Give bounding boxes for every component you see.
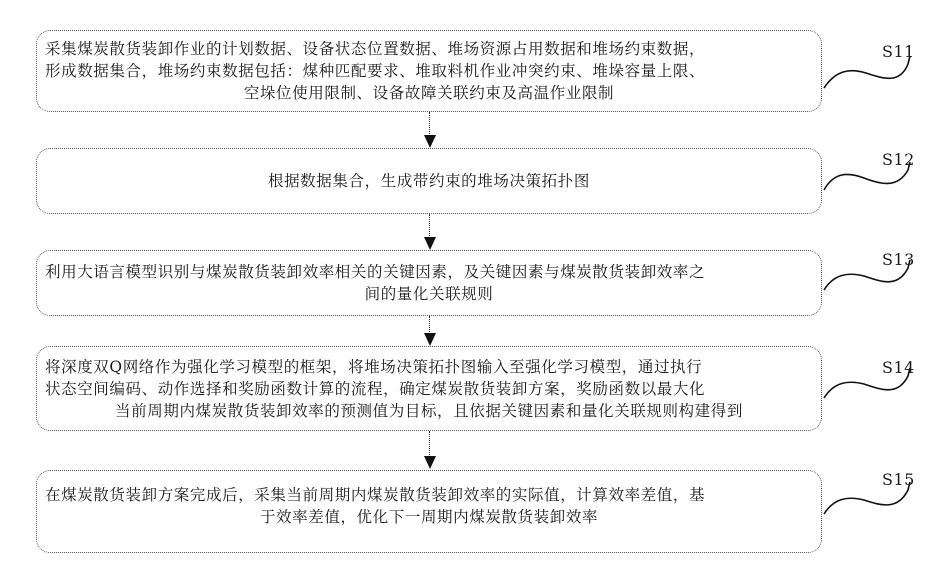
step-s11-line-2: 形成数据集合，堆场约束数据包括：煤种匹配要求、堆取料机作业冲突约束、堆垛容量上限… xyxy=(45,60,813,82)
step-label-s13: S13 xyxy=(882,250,915,269)
step-s12-line-1: 根据数据集合，生成带约束的堆场决策拓扑图 xyxy=(45,170,813,192)
step-box-s11: 采集煤炭散货装卸作业的计划数据、设备状态位置数据、堆场资源占用数据和堆场约束数据… xyxy=(36,30,822,112)
step-box-s14: 将深度双Q网络作为强化学习模型的框架，将堆场决策拓扑图输入至强化学习模型，通过执… xyxy=(36,346,822,431)
flow-arrow-s13-s14 xyxy=(424,316,436,346)
step-s15-line-1: 在煤炭散货装卸方案完成后，采集当前周期内煤炭散货装卸效率的实际值，计算效率差值，… xyxy=(45,484,813,506)
step-text-s14: 将深度双Q网络作为强化学习模型的框架，将堆场决策拓扑图输入至强化学习模型，通过执… xyxy=(37,356,821,422)
step-label-s12: S12 xyxy=(882,150,915,169)
step-label-s11: S11 xyxy=(882,42,915,61)
step-label-s14: S14 xyxy=(882,358,915,377)
step-box-s15: 在煤炭散货装卸方案完成后，采集当前周期内煤炭散货装卸效率的实际值，计算效率差值，… xyxy=(36,470,822,553)
step-s14-line-2: 状态空间编码、动作选择和奖励函数计算的流程，确定煤炭散货装卸方案，奖励函数以最大… xyxy=(45,378,813,400)
arrow-down-icon xyxy=(424,333,436,346)
flow-arrow-s11-s12 xyxy=(424,112,436,148)
step-s13-line-1: 利用大语言模型识别与煤炭散货装卸效率相关的关键因素，及关键因素与煤炭散货装卸效率… xyxy=(45,261,813,283)
step-s13-line-2: 间的量化关联规则 xyxy=(45,283,813,305)
step-s11-line-3: 空垛位使用限制、设备故障关联约束及高温作业限制 xyxy=(45,82,813,104)
arrow-down-icon xyxy=(424,135,436,148)
arrow-shaft xyxy=(429,431,430,457)
flow-arrow-s14-s15 xyxy=(424,431,436,470)
step-s14-line-1: 将深度双Q网络作为强化学习模型的框架，将堆场决策拓扑图输入至强化学习模型，通过执… xyxy=(45,356,813,378)
step-text-s11: 采集煤炭散货装卸作业的计划数据、设备状态位置数据、堆场资源占用数据和堆场约束数据… xyxy=(37,38,821,104)
step-label-s15: S15 xyxy=(882,470,915,489)
arrow-shaft xyxy=(429,214,430,238)
step-s11-line-1: 采集煤炭散货装卸作业的计划数据、设备状态位置数据、堆场资源占用数据和堆场约束数据… xyxy=(45,38,813,60)
step-s15-line-2: 于效率差值，优化下一周期内煤炭散货装卸效率 xyxy=(45,506,813,528)
step-box-s13: 利用大语言模型识别与煤炭散货装卸效率相关的关键因素，及关键因素与煤炭散货装卸效率… xyxy=(36,250,822,316)
arrow-shaft xyxy=(429,316,430,334)
step-s14-line-3: 当前周期内煤炭散货装卸效率的预测值为目标，且依据关键因素和量化关联规则构建得到 xyxy=(45,400,813,422)
flow-arrow-s12-s13 xyxy=(424,214,436,250)
step-text-s15: 在煤炭散货装卸方案完成后，采集当前周期内煤炭散货装卸效率的实际值，计算效率差值，… xyxy=(37,484,821,540)
step-box-s12: 根据数据集合，生成带约束的堆场决策拓扑图 xyxy=(36,148,822,214)
arrow-shaft xyxy=(429,112,430,136)
step-text-s12: 根据数据集合，生成带约束的堆场决策拓扑图 xyxy=(37,170,821,192)
arrow-down-icon xyxy=(424,237,436,250)
step-text-s13: 利用大语言模型识别与煤炭散货装卸效率相关的关键因素，及关键因素与煤炭散货装卸效率… xyxy=(37,261,821,305)
arrow-down-icon xyxy=(424,456,436,469)
